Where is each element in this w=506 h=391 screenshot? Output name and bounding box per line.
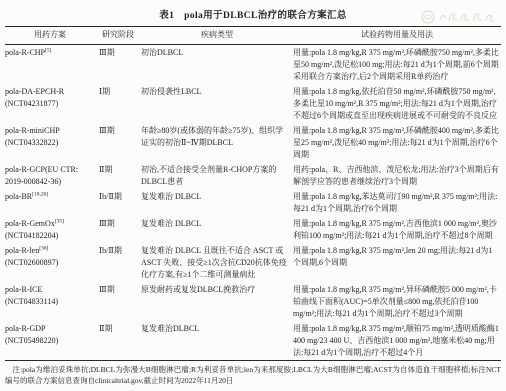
cell-disease-type: 复发难治 DLBCL (141, 189, 293, 216)
table-row: pola-DA-EPCH-R(NCT04231877)Ⅰ期初治侵袭性LBCL用量… (5, 84, 501, 123)
regimen-name: pola-R-CHP (5, 48, 45, 57)
regimen-trial-id: (NCT04231877) (5, 99, 58, 108)
cell-disease-type: 年龄≥80岁(或体弱的年龄≥75岁)、组织学证实的初治Ⅱ~Ⅳ期DLBCL (141, 123, 293, 162)
cell-dosage-usage: 用量:pola 1.8 mg/kg,R 375 mg/m²,吉西他滨1 000 … (293, 216, 501, 243)
cell-regimen: pola-R-CHP[5] (5, 45, 95, 85)
cell-study-phase: Ⅲ期 (95, 282, 141, 321)
cell-disease-type: 初治DLBCL (141, 45, 293, 85)
cell-disease-type: 初治,不适合接受全剂量R-CHOP方案的DLBCL患者 (141, 162, 293, 189)
cell-disease-type: 复发难治 DLBCL (141, 216, 293, 243)
table-row: pola-R-CHP[5]Ⅲ期初治DLBCL用量:pola 1.8 mg/kg,… (5, 45, 501, 85)
regimen-name: pola-DA-EPCH-R (5, 87, 64, 96)
col-header-study-phase: 研究阶段 (95, 27, 141, 45)
cell-dosage-usage: 用药:pola、R、吉西他滨、泼尼松龙;用法:治疗3个周期后有解剖学应答的患者继… (293, 162, 501, 189)
cell-dosage-usage: 用量:pola 1.8 mg/kg,R 375 mg/m²,顺铂75 mg/m²… (293, 321, 501, 361)
reference-superscript: [36] (39, 245, 48, 251)
table-row: pola-R-ICE(NCT04833114)Ⅲ期原发耐药或复发DLBCL挽救治… (5, 282, 501, 321)
regimen-name: pola-R-GCP(EU CTR: (5, 165, 78, 174)
cell-disease-type: 复发难治 DLBCL 且既往不适合 ASCT 或 ASCT 失败、接受≥1次含抗… (141, 243, 293, 282)
reference-superscript: [18,26] (32, 191, 48, 197)
cell-dosage-usage: 用量:pola 1.8 mg/kg,苯达莫司汀90 mg/m²,R 375 mg… (293, 189, 501, 216)
cell-regimen: pola-R-GCP(EU CTR:2019-000842-36) (5, 162, 95, 189)
table-row: pola-R-miniCHP(NCT04332822)Ⅲ期年龄≥80岁(或体弱的… (5, 123, 501, 162)
regimen-table: 用药方案 研究阶段 疾病类型 试验药物用量及用法 pola-R-CHP[5]Ⅲ期… (5, 26, 501, 361)
cell-regimen: pola-R-GDP(NCT05498220) (5, 321, 95, 361)
cell-regimen: pola-R-GemOx[35](NCT04182204) (5, 216, 95, 243)
cell-study-phase: Ⅲ期 (95, 123, 141, 162)
col-header-disease-type: 疾病类型 (141, 27, 293, 45)
table-row: pola-R-GemOx[35](NCT04182204)Ⅲ期复发难治 DLBC… (5, 216, 501, 243)
regimen-trial-id: (NCT04833114) (5, 297, 58, 306)
regimen-name: pola-R-GDP (5, 324, 45, 333)
table-row: pola-R-len[36](NCT02600897)Ⅰb/Ⅱ期复发难治 DLB… (5, 243, 501, 282)
regimen-name: pola-R-len (5, 246, 39, 255)
regimen-trial-id: (NCT04182204) (5, 231, 58, 240)
cell-dosage-usage: 用量:pola 1.8 mg/kg,R 375 mg/m²,len 20 mg;… (293, 243, 501, 282)
cell-dosage-usage: 用量:pola 1.8 mg/kg,R 375 mg/m²,环磷酰胺750 mg… (293, 45, 501, 85)
paper-page: 表1 pola用于DLBCL治疗的联合方案汇总 用药方案 研究阶段 疾病类型 试… (0, 0, 506, 391)
regimen-trial-id: (NCT04332822) (5, 138, 58, 147)
cell-study-phase: Ⅲ期 (95, 216, 141, 243)
col-header-dosage-usage: 试验药物用量及用法 (293, 27, 501, 45)
cell-dosage-usage: 用量:pola 1.8 mg/kg,R 375 mg/m²,环磷酰胺400 mg… (293, 123, 501, 162)
cell-study-phase: Ⅱ期 (95, 321, 141, 361)
table-footnote: 注:pola为维泊妥珠单抗;DLBCL为弥漫大B细胞淋巴瘤;R为利妥昔单抗;le… (5, 364, 501, 387)
table-row: pola-R-GDP(NCT05498220)Ⅱ期复发难治DLBCL用量:pol… (5, 321, 501, 361)
cell-study-phase: Ⅱ期 (95, 162, 141, 189)
cell-regimen: pola-R-len[36](NCT02600897) (5, 243, 95, 282)
reference-superscript: [35] (55, 218, 64, 224)
cell-disease-type: 原发耐药或复发DLBCL挽救治疗 (141, 282, 293, 321)
regimen-name: pola-R-miniCHP (5, 126, 60, 135)
cell-regimen: pola-R-ICE(NCT04833114) (5, 282, 95, 321)
regimen-name: pola-BR (5, 192, 32, 201)
regimen-trial-id: 2019-000842-36) (5, 177, 61, 186)
cell-study-phase: Ⅰb/Ⅱ期 (95, 189, 141, 216)
col-header-regimen: 用药方案 (5, 27, 95, 45)
table-header-row: 用药方案 研究阶段 疾病类型 试验药物用量及用法 (5, 27, 501, 45)
cell-regimen: pola-BR[18,26] (5, 189, 95, 216)
cell-study-phase: Ⅲ期 (95, 45, 141, 85)
cell-disease-type: 初治侵袭性LBCL (141, 84, 293, 123)
cell-regimen: pola-DA-EPCH-R(NCT04231877) (5, 84, 95, 123)
table-body: pola-R-CHP[5]Ⅲ期初治DLBCL用量:pola 1.8 mg/kg,… (5, 45, 501, 361)
cell-study-phase: Ⅰ期 (95, 84, 141, 123)
cell-study-phase: Ⅰb/Ⅱ期 (95, 243, 141, 282)
regimen-trial-id: (NCT05498220) (5, 336, 58, 345)
regimen-name: pola-R-ICE (5, 285, 42, 294)
table-row: pola-BR[18,26]Ⅰb/Ⅱ期复发难治 DLBCL用量:pola 1.8… (5, 189, 501, 216)
regimen-trial-id: (NCT02600897) (5, 258, 58, 267)
reference-superscript: [5] (45, 47, 51, 53)
regimen-name: pola-R-GemOx (5, 219, 55, 228)
table-row: pola-R-GCP(EU CTR:2019-000842-36)Ⅱ期初治,不适… (5, 162, 501, 189)
cell-regimen: pola-R-miniCHP(NCT04332822) (5, 123, 95, 162)
cell-dosage-usage: 用量:pola 1.8 mg/kg,R 375 mg/m²,异环磷酰胺5 000… (293, 282, 501, 321)
cell-disease-type: 复发难治DLBCL (141, 321, 293, 361)
table-title: 表1 pola用于DLBCL治疗的联合方案汇总 (5, 7, 501, 21)
cell-dosage-usage: 用量:pola 1.8 mg/kg,依托泊苷50 mg/m²,环磷酰胺750 m… (293, 84, 501, 123)
